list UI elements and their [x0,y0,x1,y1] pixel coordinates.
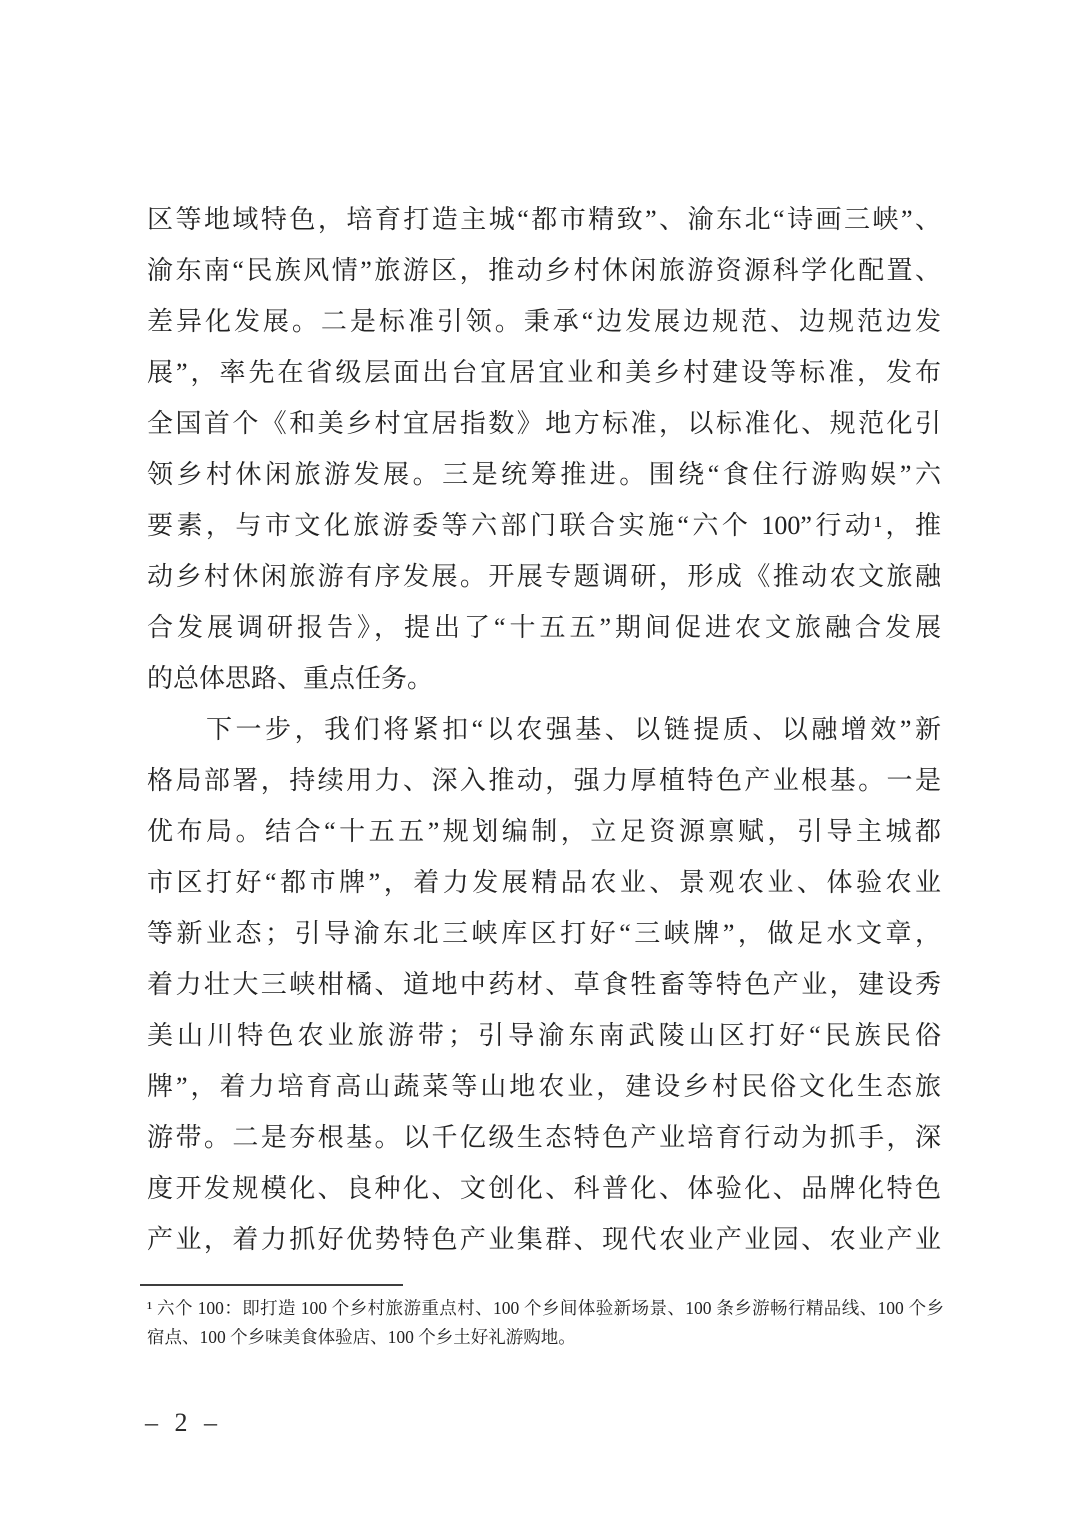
body-line: 全国首个《和美乡村宜居指数》地方标准，以标准化、规范化引 [147,398,941,449]
body-line: 等新业态；引导渝东北三峡库区打好“三峡牌”，做足水文章， [147,908,941,959]
body-line: 游带。二是夯根基。以千亿级生态特色产业培育行动为抓手，深 [147,1112,941,1163]
body-line: 美山川特色农业旅游带；引导渝东南武陵山区打好“民族民俗 [147,1010,941,1061]
body-line: 牌”，着力培育高山蔬菜等山地农业，建设乡村民俗文化生态旅 [147,1061,941,1112]
body-text: 区等地域特色，培育打造主城“都市精致”、渝东北“诗画三峡”、 渝东南“民族风情”… [147,194,941,1265]
body-line: 合发展调研报告》，提出了“十五五”期间促进农文旅融合发展 [147,602,941,653]
page-number: – 2 – [145,1406,217,1440]
body-line: 度开发规模化、良种化、文创化、科普化、体验化、品牌化特色 [147,1163,941,1214]
body-line: 要素，与市文化旅游委等六部门联合实施“六个 100”行动¹，推 [147,500,941,551]
footnote-line: 宿点、100 个乡味美食体验店、100 个乡土好礼游购地。 [147,1323,944,1352]
body-line: 市区打好“都市牌”，着力发展精品农业、景观农业、体验农业 [147,857,941,908]
body-line: 着力壮大三峡柑橘、道地中药材、草食牲畜等特色产业，建设秀 [147,959,941,1010]
body-line: 区等地域特色，培育打造主城“都市精致”、渝东北“诗画三峡”、 [147,194,941,245]
body-line: 格局部署，持续用力、深入推动，强力厚植特色产业根基。一是 [147,755,941,806]
footnote-line: ¹ 六个 100：即打造 100 个乡村旅游重点村、100 个乡间体验新场景、1… [147,1294,944,1323]
body-line: 的总体思路、重点任务。 [147,653,941,704]
body-line: 展”，率先在省级层面出台宜居宜业和美乡村建设等标准，发布 [147,347,941,398]
body-line: 下一步，我们将紧扣“以农强基、以链提质、以融增效”新 [147,704,941,755]
footnote-separator [140,1284,403,1286]
footnote: ¹ 六个 100：即打造 100 个乡村旅游重点村、100 个乡间体验新场景、1… [147,1294,944,1352]
body-line: 渝东南“民族风情”旅游区，推动乡村休闲旅游资源科学化配置、 [147,245,941,296]
body-line: 领乡村休闲旅游发展。三是统筹推进。围绕“食住行游购娱”六 [147,449,941,500]
body-line: 优布局。结合“十五五”规划编制，立足资源禀赋，引导主城都 [147,806,941,857]
body-line: 动乡村休闲旅游有序发展。开展专题调研，形成《推动农文旅融 [147,551,941,602]
body-line: 差异化发展。二是标准引领。秉承“边发展边规范、边规范边发 [147,296,941,347]
document-page: 区等地域特色，培育打造主城“都市精致”、渝东北“诗画三峡”、 渝东南“民族风情”… [0,0,1074,1520]
body-line: 产业，着力抓好优势特色产业集群、现代农业产业园、农业产业 [147,1214,941,1265]
